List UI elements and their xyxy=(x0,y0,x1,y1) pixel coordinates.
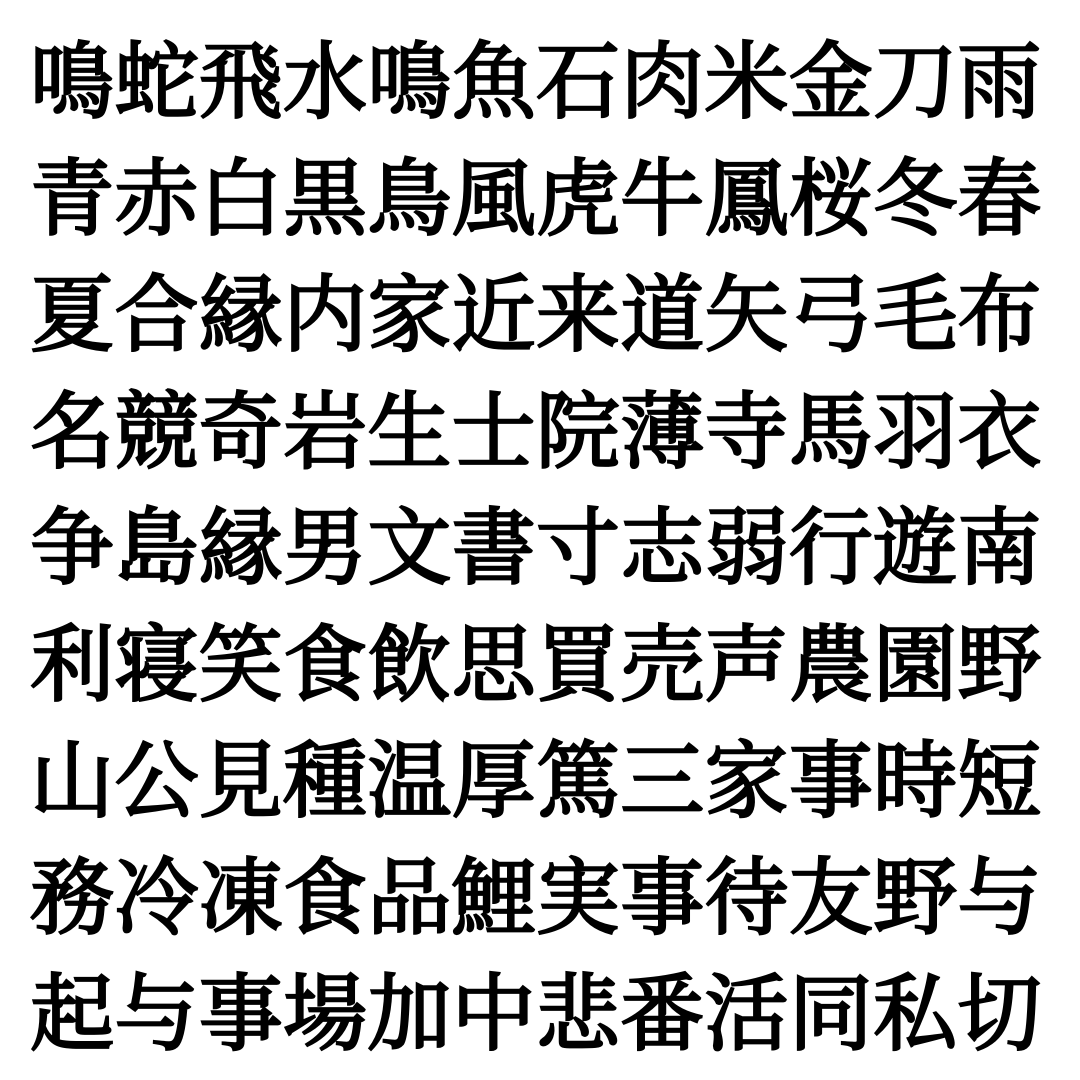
kanji-char: 赤 xyxy=(114,149,198,249)
kanji-char: 品 xyxy=(367,848,451,948)
kanji-char: 寺 xyxy=(704,382,788,482)
kanji-char: 見 xyxy=(199,731,283,831)
kanji-char: 布 xyxy=(957,265,1041,365)
kanji-char: 岩 xyxy=(283,382,367,482)
kanji-char: 文 xyxy=(367,498,451,598)
kanji-char: 魚 xyxy=(451,32,535,132)
kanji-grid: 鳴 蛇 飛 水 鳴 魚 石 肉 米 金 刀 雨 青 赤 白 黒 鳥 風 虎 牛 … xyxy=(30,24,1054,1073)
kanji-char: 起 xyxy=(30,964,114,1064)
kanji-char: 公 xyxy=(114,731,198,831)
kanji-char: 短 xyxy=(957,731,1041,831)
kanji-char: 飲 xyxy=(367,615,451,715)
kanji-char: 農 xyxy=(789,615,873,715)
kanji-char: 弱 xyxy=(704,498,788,598)
kanji-char: 三 xyxy=(620,731,704,831)
kanji-char: 温 xyxy=(367,731,451,831)
kanji-char: 鯉 xyxy=(451,848,535,948)
kanji-char: 士 xyxy=(451,382,535,482)
kanji-char: 山 xyxy=(30,731,114,831)
kanji-char: 野 xyxy=(873,848,957,948)
kanji-char: 時 xyxy=(873,731,957,831)
kanji-char: 矢 xyxy=(704,265,788,365)
kanji-char: 米 xyxy=(704,32,788,132)
kanji-char: 冷 xyxy=(114,848,198,948)
kanji-char: 肉 xyxy=(620,32,704,132)
kanji-char: 行 xyxy=(789,498,873,598)
kanji-row-2: 青 赤 白 黒 鳥 風 虎 牛 鳳 桜 冬 春 xyxy=(30,141,1054,258)
kanji-char: 鳴 xyxy=(367,32,451,132)
kanji-row-6: 利 寝 笑 食 飲 思 買 売 声 農 園 野 xyxy=(30,607,1054,724)
kanji-char: 買 xyxy=(536,615,620,715)
kanji-char: 雨 xyxy=(957,32,1041,132)
kanji-char: 馬 xyxy=(789,382,873,482)
kanji-row-5: 争 島 縁 男 文 書 寸 志 弱 行 遊 南 xyxy=(30,490,1054,607)
kanji-char: 島 xyxy=(114,498,198,598)
kanji-char: 金 xyxy=(789,32,873,132)
kanji-char: 冬 xyxy=(873,149,957,249)
kanji-char: 飛 xyxy=(199,32,283,132)
kanji-char: 水 xyxy=(283,32,367,132)
kanji-char: 薄 xyxy=(620,382,704,482)
kanji-char: 縁 xyxy=(199,265,283,365)
kanji-char: 黒 xyxy=(283,149,367,249)
kanji-char: 志 xyxy=(620,498,704,598)
kanji-char: 切 xyxy=(957,964,1041,1064)
kanji-char: 家 xyxy=(367,265,451,365)
kanji-char: 加 xyxy=(367,964,451,1064)
kanji-char: 番 xyxy=(620,964,704,1064)
kanji-char: 凍 xyxy=(199,848,283,948)
kanji-char: 白 xyxy=(199,149,283,249)
kanji-row-9: 起 与 事 場 加 中 悲 番 活 同 私 切 xyxy=(30,956,1054,1073)
kanji-char: 南 xyxy=(957,498,1041,598)
kanji-char: 家 xyxy=(704,731,788,831)
kanji-char: 男 xyxy=(283,498,367,598)
kanji-char: 笑 xyxy=(199,615,283,715)
kanji-char: 鳥 xyxy=(367,149,451,249)
kanji-char: 思 xyxy=(451,615,535,715)
kanji-char: 食 xyxy=(283,615,367,715)
kanji-char: 篤 xyxy=(536,731,620,831)
kanji-char: 羽 xyxy=(873,382,957,482)
kanji-row-1: 鳴 蛇 飛 水 鳴 魚 石 肉 米 金 刀 雨 xyxy=(30,24,1054,141)
kanji-char: 売 xyxy=(620,615,704,715)
kanji-char: 友 xyxy=(789,848,873,948)
kanji-char: 私 xyxy=(873,964,957,1064)
kanji-char: 衣 xyxy=(957,382,1041,482)
kanji-char: 事 xyxy=(620,848,704,948)
kanji-char: 利 xyxy=(30,615,114,715)
kanji-char: 活 xyxy=(704,964,788,1064)
kanji-char: 奇 xyxy=(199,382,283,482)
kanji-char: 中 xyxy=(451,964,535,1064)
kanji-char: 生 xyxy=(367,382,451,482)
kanji-row-3: 夏 合 縁 内 家 近 来 道 矢 弓 毛 布 xyxy=(30,257,1054,374)
kanji-char: 院 xyxy=(536,382,620,482)
kanji-char: 蛇 xyxy=(114,32,198,132)
kanji-char: 桜 xyxy=(789,149,873,249)
kanji-char: 鳴 xyxy=(30,32,114,132)
kanji-char: 声 xyxy=(704,615,788,715)
kanji-char: 書 xyxy=(451,498,535,598)
kanji-char: 寝 xyxy=(114,615,198,715)
kanji-char: 種 xyxy=(283,731,367,831)
kanji-char: 春 xyxy=(957,149,1041,249)
kanji-char: 同 xyxy=(789,964,873,1064)
kanji-char: 合 xyxy=(114,265,198,365)
kanji-char: 夏 xyxy=(30,265,114,365)
kanji-row-7: 山 公 見 種 温 厚 篤 三 家 事 時 短 xyxy=(30,723,1054,840)
kanji-char: 来 xyxy=(536,265,620,365)
kanji-char: 虎 xyxy=(536,149,620,249)
kanji-char: 寸 xyxy=(536,498,620,598)
kanji-char: 食 xyxy=(283,848,367,948)
kanji-char: 厚 xyxy=(451,731,535,831)
kanji-char: 悲 xyxy=(536,964,620,1064)
kanji-char: 縁 xyxy=(199,498,283,598)
kanji-char: 風 xyxy=(451,149,535,249)
kanji-char: 道 xyxy=(620,265,704,365)
kanji-char: 遊 xyxy=(873,498,957,598)
kanji-char: 場 xyxy=(283,964,367,1064)
kanji-char: 刀 xyxy=(873,32,957,132)
kanji-char: 事 xyxy=(199,964,283,1064)
kanji-char: 弓 xyxy=(789,265,873,365)
kanji-char: 牛 xyxy=(620,149,704,249)
kanji-char: 名 xyxy=(30,382,114,482)
kanji-row-8: 務 冷 凍 食 品 鯉 実 事 待 友 野 与 xyxy=(30,840,1054,957)
kanji-row-4: 名 競 奇 岩 生 士 院 薄 寺 馬 羽 衣 xyxy=(30,374,1054,491)
kanji-char: 内 xyxy=(283,265,367,365)
kanji-char: 競 xyxy=(114,382,198,482)
kanji-char: 争 xyxy=(30,498,114,598)
kanji-char: 青 xyxy=(30,149,114,249)
kanji-char: 実 xyxy=(536,848,620,948)
kanji-char: 与 xyxy=(114,964,198,1064)
kanji-char: 事 xyxy=(789,731,873,831)
kanji-char: 毛 xyxy=(873,265,957,365)
kanji-char: 石 xyxy=(536,32,620,132)
kanji-char: 近 xyxy=(451,265,535,365)
kanji-char: 与 xyxy=(957,848,1041,948)
kanji-char: 務 xyxy=(30,848,114,948)
kanji-char: 鳳 xyxy=(704,149,788,249)
kanji-char: 待 xyxy=(704,848,788,948)
kanji-char: 野 xyxy=(957,615,1041,715)
kanji-char: 園 xyxy=(873,615,957,715)
